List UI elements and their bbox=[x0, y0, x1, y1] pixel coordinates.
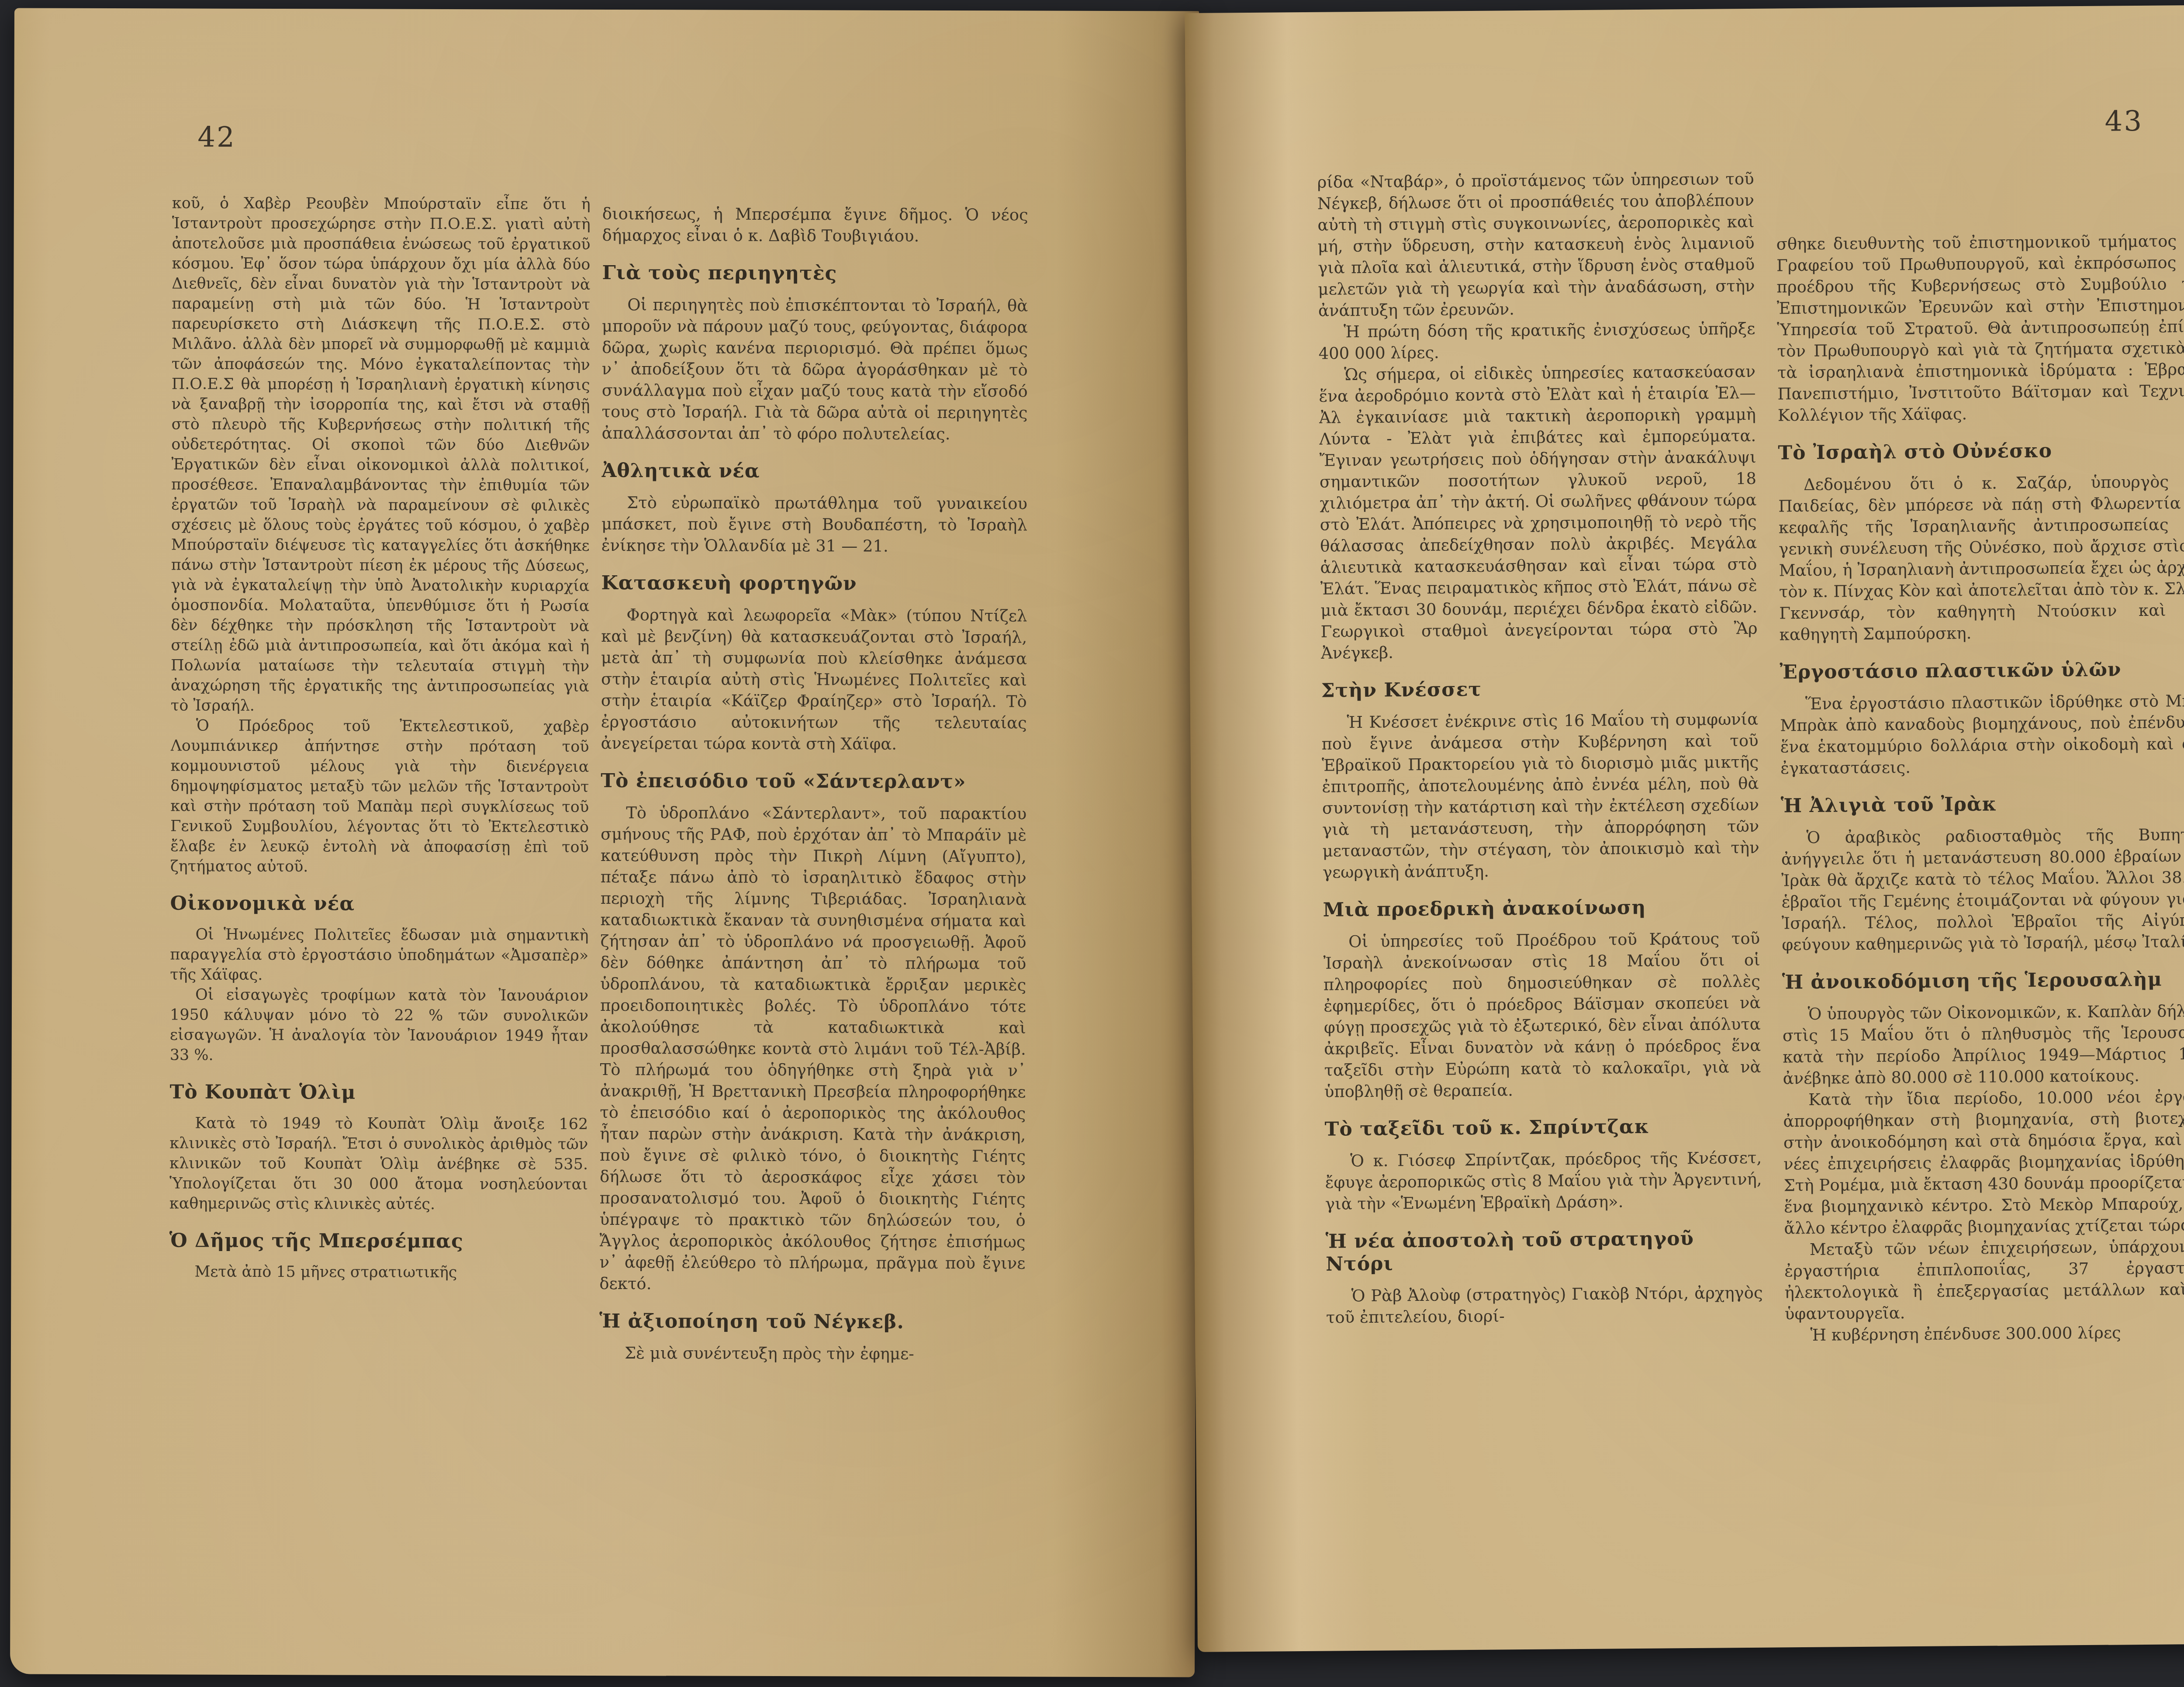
paragraph: Ὁ ὑπουργὸς τῶν Οἰκονομικῶν, κ. Καπλὰν δή… bbox=[1782, 1000, 2184, 1089]
paragraph: Δεδομένου ὅτι ὁ κ. Σαζάρ, ὑπουργὸς τῆς Π… bbox=[1778, 471, 2184, 646]
section-heading: Τὸ Κουπὰτ Ὁλὶμ bbox=[169, 1081, 588, 1104]
left-page-column-1: κοῦ, ὁ Χαβὲρ Ρεουβὲν Μπούρσταϊν εἶπε ὅτι… bbox=[169, 193, 591, 1539]
right-page-column-1: ρίδα «Νταβάρ», ὁ προϊστάμενος τῶν ὑπηρεσ… bbox=[1317, 168, 1765, 1548]
paragraph: σθηκε διευθυντὴς τοῦ ἐπιστημονικοῦ τμήμα… bbox=[1776, 230, 2184, 426]
paragraph: ρίδα «Νταβάρ», ὁ προϊστάμενος τῶν ὑπηρεσ… bbox=[1317, 168, 1755, 321]
paragraph: Οἱ περιηγητὲς ποὺ ἐπισκέπτονται τὸ Ἰσραή… bbox=[601, 294, 1028, 445]
paragraph: Ὡς σήμερα, οἱ εἰδικὲς ὑπηρεσίες κατασκεύ… bbox=[1319, 361, 1758, 664]
paragraph: Ἕνα ἐργοστάσιο πλαστικῶν ἱδρύθηκε στὸ Μπ… bbox=[1780, 690, 2184, 779]
paragraph: Οἱ Ἡνωμένες Πολιτεῖες ἔδωσαν μιὰ σημαντι… bbox=[170, 924, 588, 986]
page-number-left: 42 bbox=[197, 121, 236, 154]
paragraph: Κατὰ τὴν ἴδια περίοδο, 10.000 νέοι ἐργάτ… bbox=[1783, 1085, 2184, 1239]
section-heading: Οἰκονομικὰ νέα bbox=[170, 892, 589, 916]
section-heading: Τὸ Ἰσραὴλ στὸ Οὐνέσκο bbox=[1778, 439, 2184, 465]
paragraph: Μεταξὺ τῶν νέων ἐπιχειρήσεων, ὑπάρχουν 2… bbox=[1784, 1235, 2184, 1324]
paragraph: Ἡ πρώτη δόση τῆς κρατικῆς ἐνισχύσεως ὑπῆ… bbox=[1318, 318, 1755, 364]
section-heading: Τὸ ἐπεισόδιο τοῦ «Σάντερλαντ» bbox=[601, 770, 1026, 793]
paragraph: Φορτηγὰ καὶ λεωφορεῖα «Μὰκ» (τύπου Ντίζε… bbox=[601, 604, 1027, 755]
paragraph: Οἱ ὑπηρεσίες τοῦ Προέδρου τοῦ Κράτους το… bbox=[1323, 928, 1761, 1103]
paragraph: Ἡ κυβέρνηση ἐπένδυσε 300.000 λίρες bbox=[1785, 1321, 2184, 1346]
page-42: 42 κοῦ, ὁ Χαβὲρ Ρεουβὲν Μπούρσταϊν εἶπε … bbox=[10, 8, 1199, 1677]
left-page-column-2: διοικήσεως, ἡ Μπερσέμπα ἔγινε δῆμος. Ὁ ν… bbox=[599, 203, 1028, 1541]
paragraph: Ὁ Ρὰβ Ἀλοὺφ (στρατηγὸς) Γιακὸβ Ντόρι, ἀρ… bbox=[1326, 1282, 1763, 1328]
paragraph: Στὸ εὐρωπαϊκὸ πρωτάθλημα τοῦ γυναικείου … bbox=[601, 492, 1027, 557]
paragraph: Ὁ κ. Γιόσεφ Σπρίντζακ, πρόεδρος τῆς Κνέσ… bbox=[1325, 1147, 1762, 1215]
section-heading: Στὴν Κνέσσετ bbox=[1321, 676, 1758, 702]
section-heading: Ἡ ἀνοικοδόμιση τῆς Ἱερουσαλὴμ bbox=[1782, 968, 2184, 994]
section-heading: Ἡ Ἀλιγιὰ τοῦ Ἰρὰκ bbox=[1781, 791, 2184, 817]
section-heading: Ἡ νέα ἀποστολὴ τοῦ στρατηγοῦ Ντόρι bbox=[1325, 1227, 1762, 1276]
page-number-right: 43 bbox=[2105, 105, 2143, 138]
paragraph: Μετὰ ἀπὸ 15 μῆνες στρατιωτικῆς bbox=[169, 1262, 587, 1283]
section-heading: Γιὰ τοὺς περιηγητὲς bbox=[602, 262, 1028, 285]
section-heading: Μιὰ προεδρικὴ ἀνακοίνωση bbox=[1323, 895, 1759, 922]
paragraph: Οἱ εἰσαγωγὲς τροφίμων κατὰ τὸν Ἰανουάριο… bbox=[170, 985, 588, 1066]
section-heading: Ἐργοστάσιο πλαστικῶν ὑλῶν bbox=[1780, 658, 2184, 684]
right-page-column-2: σθηκε διευθυντὴς τοῦ ἐπιστημονικοῦ τμήμα… bbox=[1776, 230, 2184, 1542]
section-heading: Τὸ ταξεῖδι τοῦ κ. Σπρίντζακ bbox=[1324, 1115, 1761, 1141]
section-heading: Ὁ Δῆμος τῆς Μπερσέμπας bbox=[169, 1229, 588, 1253]
paragraph: Ὁ Πρόεδρος τοῦ Ἐκτελεστικοῦ, χαβὲρ Λουμπ… bbox=[170, 716, 589, 878]
section-heading: Κατασκευὴ φορτηγῶν bbox=[601, 572, 1027, 595]
book-scan: 42 κοῦ, ὁ Χαβὲρ Ρεουβὲν Μπούρσταϊν εἶπε … bbox=[0, 0, 2184, 1687]
paragraph: Σὲ μιὰ συνέντευξη πρὸς τὴν ἐφημε- bbox=[599, 1342, 1025, 1365]
section-heading: Ἀθλητικὰ νέα bbox=[601, 460, 1027, 483]
paragraph: Τὸ ὑδροπλάνο «Σάντερλαντ», τοῦ παρακτίου… bbox=[599, 802, 1026, 1296]
page-43: 43 ρίδα «Νταβάρ», ὁ προϊστάμενος τῶν ὑπη… bbox=[1185, 4, 2184, 1652]
section-heading: Ἡ ἀξιοποίηση τοῦ Νέγκεβ. bbox=[599, 1310, 1025, 1334]
paragraph: Ὁ ἀραβικὸς ραδιοσταθμὸς τῆς Βυπηττοῦ ἀνή… bbox=[1781, 823, 2184, 955]
paragraph: Κατὰ τὸ 1949 τὸ Κουπὰτ Ὁλὶμ ἄνοιξε 162 κ… bbox=[169, 1113, 588, 1215]
paragraph: Ἡ Κνέσσετ ἐνέκρινε στὶς 16 Μαΐου τὴ συμφ… bbox=[1321, 709, 1759, 883]
paragraph: διοικήσεως, ἡ Μπερσέμπα ἔγινε δῆμος. Ὁ ν… bbox=[602, 203, 1028, 247]
paragraph: κοῦ, ὁ Χαβὲρ Ρεουβὲν Μπούρσταϊν εἶπε ὅτι… bbox=[171, 193, 591, 717]
